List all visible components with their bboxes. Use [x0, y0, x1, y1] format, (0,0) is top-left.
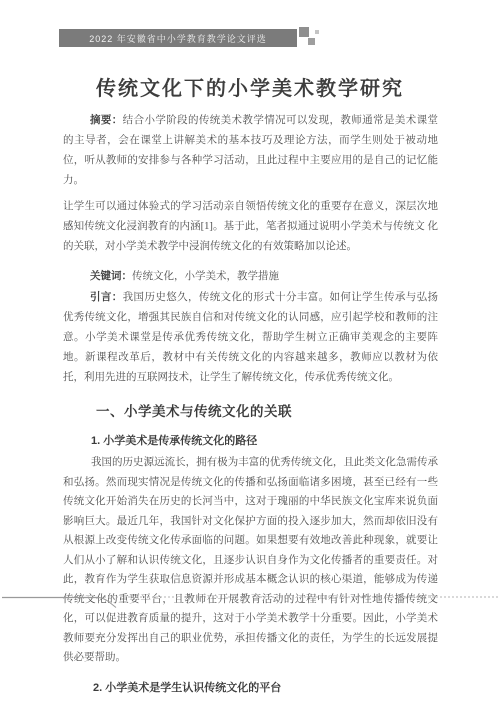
keywords-label: 关键词：	[90, 270, 132, 282]
keywords-text: 传统文化，小学美术，教学措施	[132, 271, 279, 282]
decorative-square-small	[315, 30, 319, 34]
section-1-heading: 一、小学美术与传统文化的关联	[96, 403, 438, 421]
section-1-1-paragraph: 我国的历史源远流长，拥有极为丰富的优秀传统文化，且此类文化急需传承 和弘扬。然而…	[63, 453, 438, 668]
introduction-paragraph: 引言：我国历史悠久，传统文化的形式十分丰富。如何让学生传承与弘扬 优秀传统文化，…	[63, 287, 438, 388]
abstract-paragraph: 摘要：结合小学阶段的传统美术教学情况可以发现，教师通常是美术课堂 的主导者，会在…	[63, 110, 438, 191]
decorative-square-large	[299, 27, 309, 37]
contest-banner: 2022 年安徽省中小学教育教学论文评选	[59, 29, 297, 47]
keywords-line: 关键词：传统文化，小学美术，教学措施	[63, 266, 438, 287]
paper-body: 摘要：结合小学阶段的传统美术教学情况可以发现，教师通常是美术课堂 的主导者，会在…	[63, 110, 438, 695]
abstract-paragraph-2: 让学生可以通过体验式的学习活动亲自领悟传统文化的重要存在意义，深层次地 感知传统…	[63, 197, 438, 257]
contest-banner-label: 2022 年安徽省中小学教育教学论文评选	[89, 32, 267, 45]
introduction-text: 我国历史悠久，传统文化的形式十分丰富。如何让学生传承与弘扬 优秀传统文化，增强其…	[63, 292, 438, 383]
scanned-paper-page: 2022 年安徽省中小学教育教学论文评选 传统文化下的小学美术教学研究 摘要：结…	[0, 0, 500, 707]
paper-title: 传统文化下的小学美术教学研究	[0, 72, 500, 101]
decorative-square-medium	[308, 38, 315, 45]
section-1-2-subheading: 2. 小学美术是学生认识传统文化的平台	[93, 681, 438, 695]
section-1-1-subheading: 1. 小学美术是传承传统文化的路径	[91, 434, 438, 448]
abstract-label: 摘要：	[90, 114, 123, 126]
introduction-label: 引言：	[90, 291, 123, 303]
